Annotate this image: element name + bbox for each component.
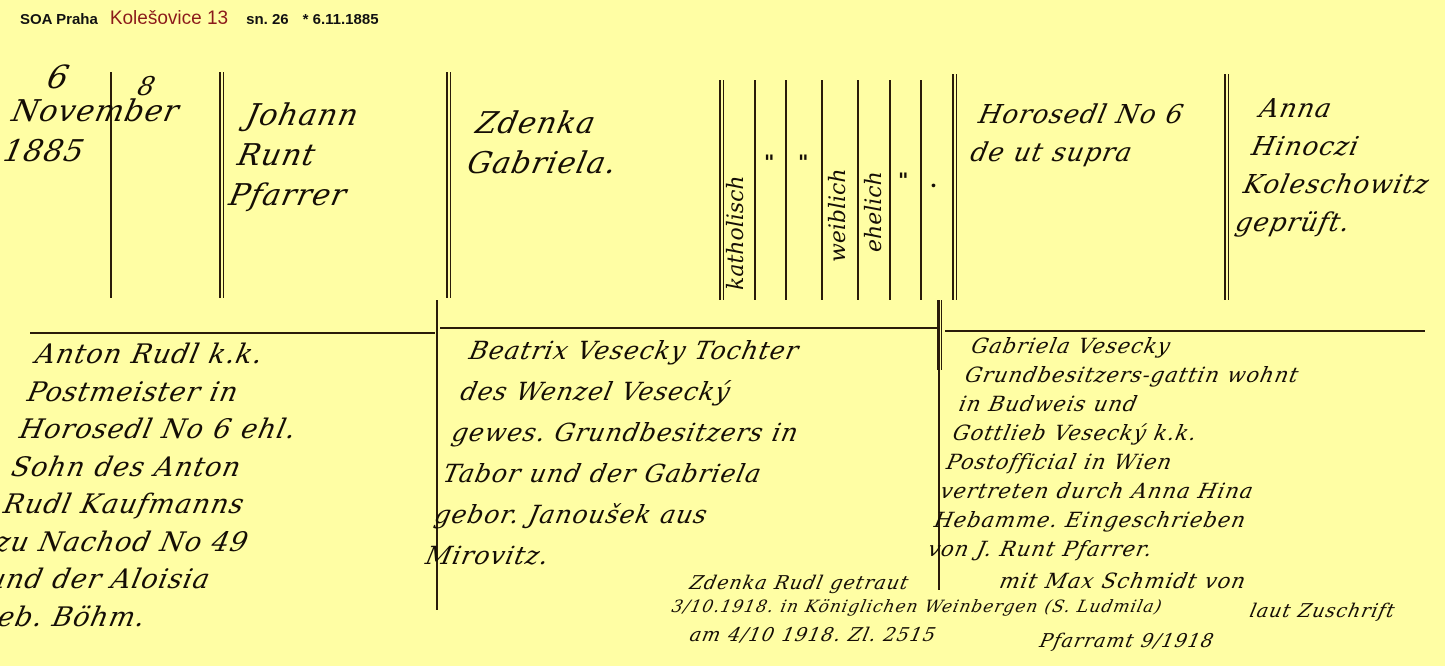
sex: weiblich	[826, 168, 851, 262]
midwife: Anna Hinoczi Koleschowitz geprüft.	[1232, 90, 1445, 242]
column-divider	[857, 80, 859, 300]
book-page-label: sn. 26	[246, 11, 289, 28]
column-divider	[889, 80, 891, 300]
ditto-mark: .	[930, 168, 937, 192]
ditto-mark: "	[898, 168, 908, 192]
mother: Beatrix Vesecky Tochter des Wenzel Vesec…	[422, 330, 821, 576]
column-divider	[1224, 74, 1229, 300]
ditto-mark: "	[764, 150, 774, 174]
column-divider	[219, 72, 224, 298]
marriage-annotation-right-1: mit Max Schmidt von	[998, 570, 1249, 592]
column-divider	[920, 80, 922, 300]
marriage-annotation-1: Zdenka Rudl getraut	[688, 572, 912, 594]
godparents: Gabriela Vesecky Grundbesitzers-gattin w…	[925, 332, 1308, 564]
marriage-annotation-2: 3/10.1918. in Königlichen Weinbergen (S.…	[670, 596, 1165, 618]
section-divider	[30, 332, 435, 334]
house-number: Horosedl No 6 de ut supra	[967, 96, 1188, 172]
section-divider	[440, 327, 940, 329]
parish-label: Kolešovice 13	[110, 8, 228, 30]
priest: Johann Runt Pfarrer	[225, 96, 367, 216]
column-divider	[821, 80, 823, 300]
father: Anton Rudl k.k. Postmeister in Horosedl …	[0, 336, 316, 636]
column-divider	[937, 300, 942, 370]
marriage-annotation-3: am 4/10 1918. Zl. 2515	[688, 624, 939, 646]
column-divider	[785, 80, 787, 300]
column-divider	[446, 72, 451, 298]
marriage-annotation-right-2: laut Zuschrift	[1248, 600, 1398, 622]
marriage-annotation-right-3: Pfarramt 9/1918	[1038, 630, 1217, 652]
column-divider	[754, 80, 756, 300]
religion: katholisch	[724, 175, 749, 290]
birth-day: 6	[44, 58, 73, 96]
child-name: Zdenka Gabriela.	[463, 104, 629, 184]
archive-label: SOA Praha	[20, 11, 98, 28]
ditto-mark: "	[798, 150, 808, 174]
record-header: SOA Praha Kolešovice 13 sn. 26 * 6.11.18…	[20, 8, 379, 32]
birth-date-label: * 6.11.1885	[303, 11, 379, 28]
birth-month-year: November 1885	[0, 92, 183, 172]
legitimacy: ehelich	[862, 171, 887, 252]
column-divider	[952, 74, 957, 300]
